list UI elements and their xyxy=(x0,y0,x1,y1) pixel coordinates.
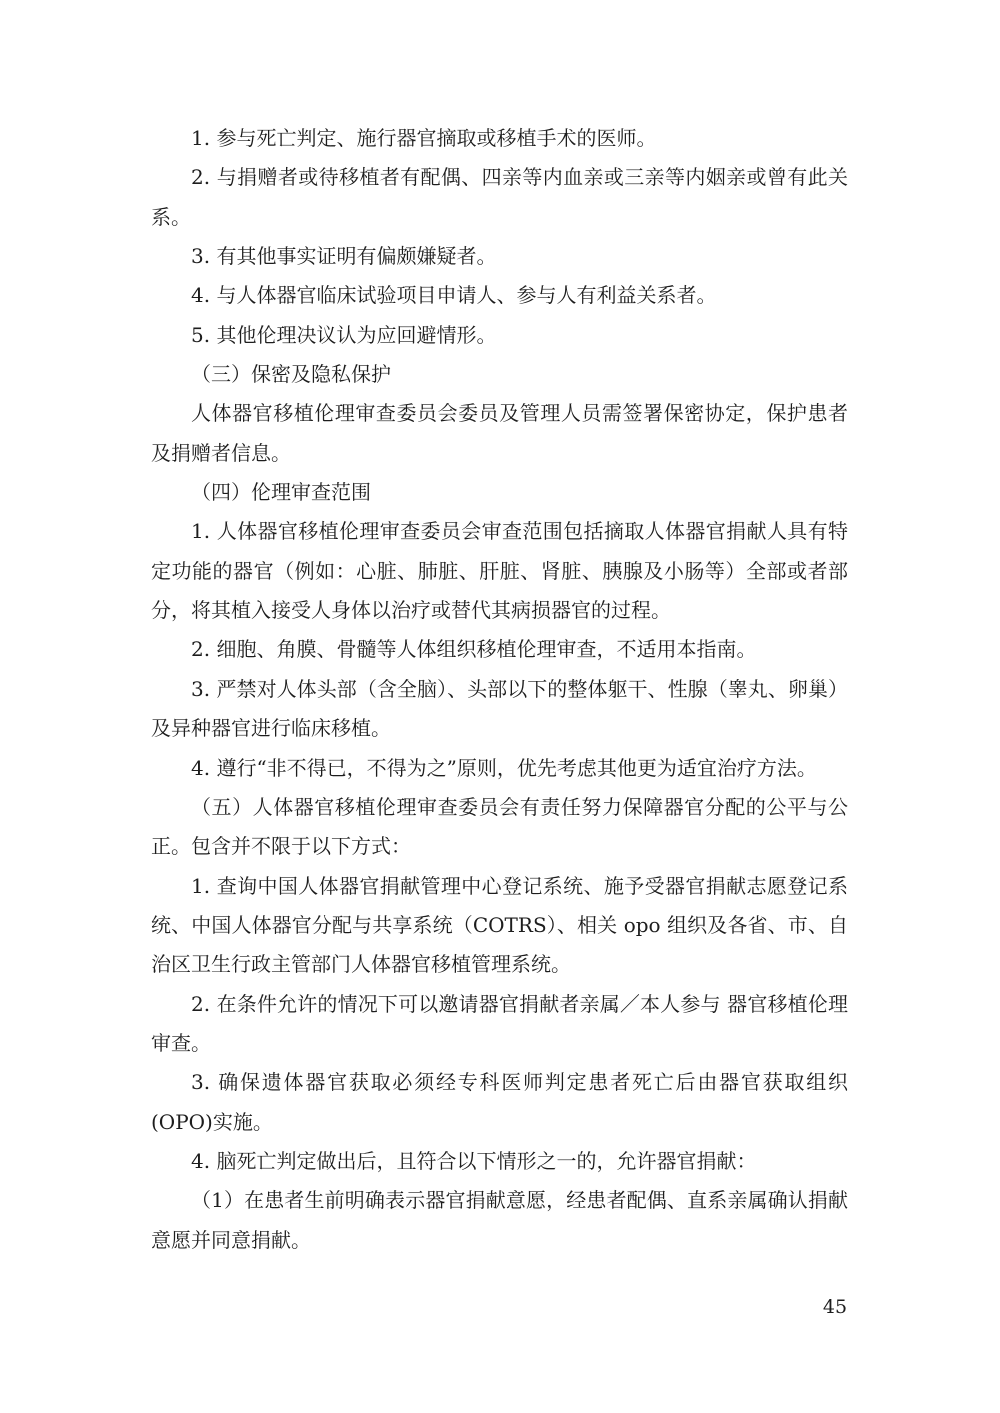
paragraph: 1. 参与死亡判定、施行器官摘取或移植手术的医师。 xyxy=(151,119,848,158)
paragraph: 4. 脑死亡判定做出后，且符合以下情形之一的，允许器官捐献： xyxy=(151,1142,848,1181)
paragraph: 1. 查询中国人体器官捐献管理中心登记系统、施予受器官捐献志愿登记系统、中国人体… xyxy=(151,867,848,985)
paragraph: 1. 人体器官移植伦理审查委员会审查范围包括摘取人体器官捐献人具有特定功能的器官… xyxy=(151,512,848,630)
paragraph: （五）人体器官移植伦理审查委员会有责任努力保障器官分配的公平与公正。包含并不限于… xyxy=(151,788,848,867)
paragraph: （四）伦理审查范围 xyxy=(151,473,848,512)
paragraph: 4. 遵行“非不得已，不得为之”原则，优先考虑其他更为适宜治疗方法。 xyxy=(151,749,848,788)
paragraph: 3. 严禁对人体头部（含全脑）、头部以下的整体躯干、性腺（睾丸、卵巢）及异种器官… xyxy=(151,670,848,749)
paragraph: 4. 与人体器官临床试验项目申请人、参与人有利益关系者。 xyxy=(151,276,848,315)
paragraph: （三）保密及隐私保护 xyxy=(151,355,848,394)
paragraph: （1）在患者生前明确表示器官捐献意愿，经患者配偶、直系亲属确认捐献意愿并同意捐献… xyxy=(151,1181,848,1260)
paragraph: 2. 在条件允许的情况下可以邀请器官捐献者亲属／本人参与 器官移植伦理审查。 xyxy=(151,985,848,1064)
page-number: 45 xyxy=(820,1295,850,1319)
paragraph: 3. 确保遗体器官获取必须经专科医师判定患者死亡后由器官获取组织(OPO)实施。 xyxy=(151,1063,848,1142)
paragraph: 3. 有其他事实证明有偏颇嫌疑者。 xyxy=(151,237,848,276)
paragraph: 5. 其他伦理决议认为应回避情形。 xyxy=(151,316,848,355)
document-body: 1. 参与死亡判定、施行器官摘取或移植手术的医师。2. 与捐赠者或待移植者有配偶… xyxy=(151,119,848,1260)
document-page: 1. 参与死亡判定、施行器官摘取或移植手术的医师。2. 与捐赠者或待移植者有配偶… xyxy=(0,0,1000,1413)
paragraph: 2. 与捐赠者或待移植者有配偶、四亲等内血亲或三亲等内姻亲或曾有此关系。 xyxy=(151,158,848,237)
paragraph: 2. 细胞、角膜、骨髓等人体组织移植伦理审查，不适用本指南。 xyxy=(151,630,848,669)
paragraph: 人体器官移植伦理审查委员会委员及管理人员需签署保密协定，保护患者及捐赠者信息。 xyxy=(151,394,848,473)
